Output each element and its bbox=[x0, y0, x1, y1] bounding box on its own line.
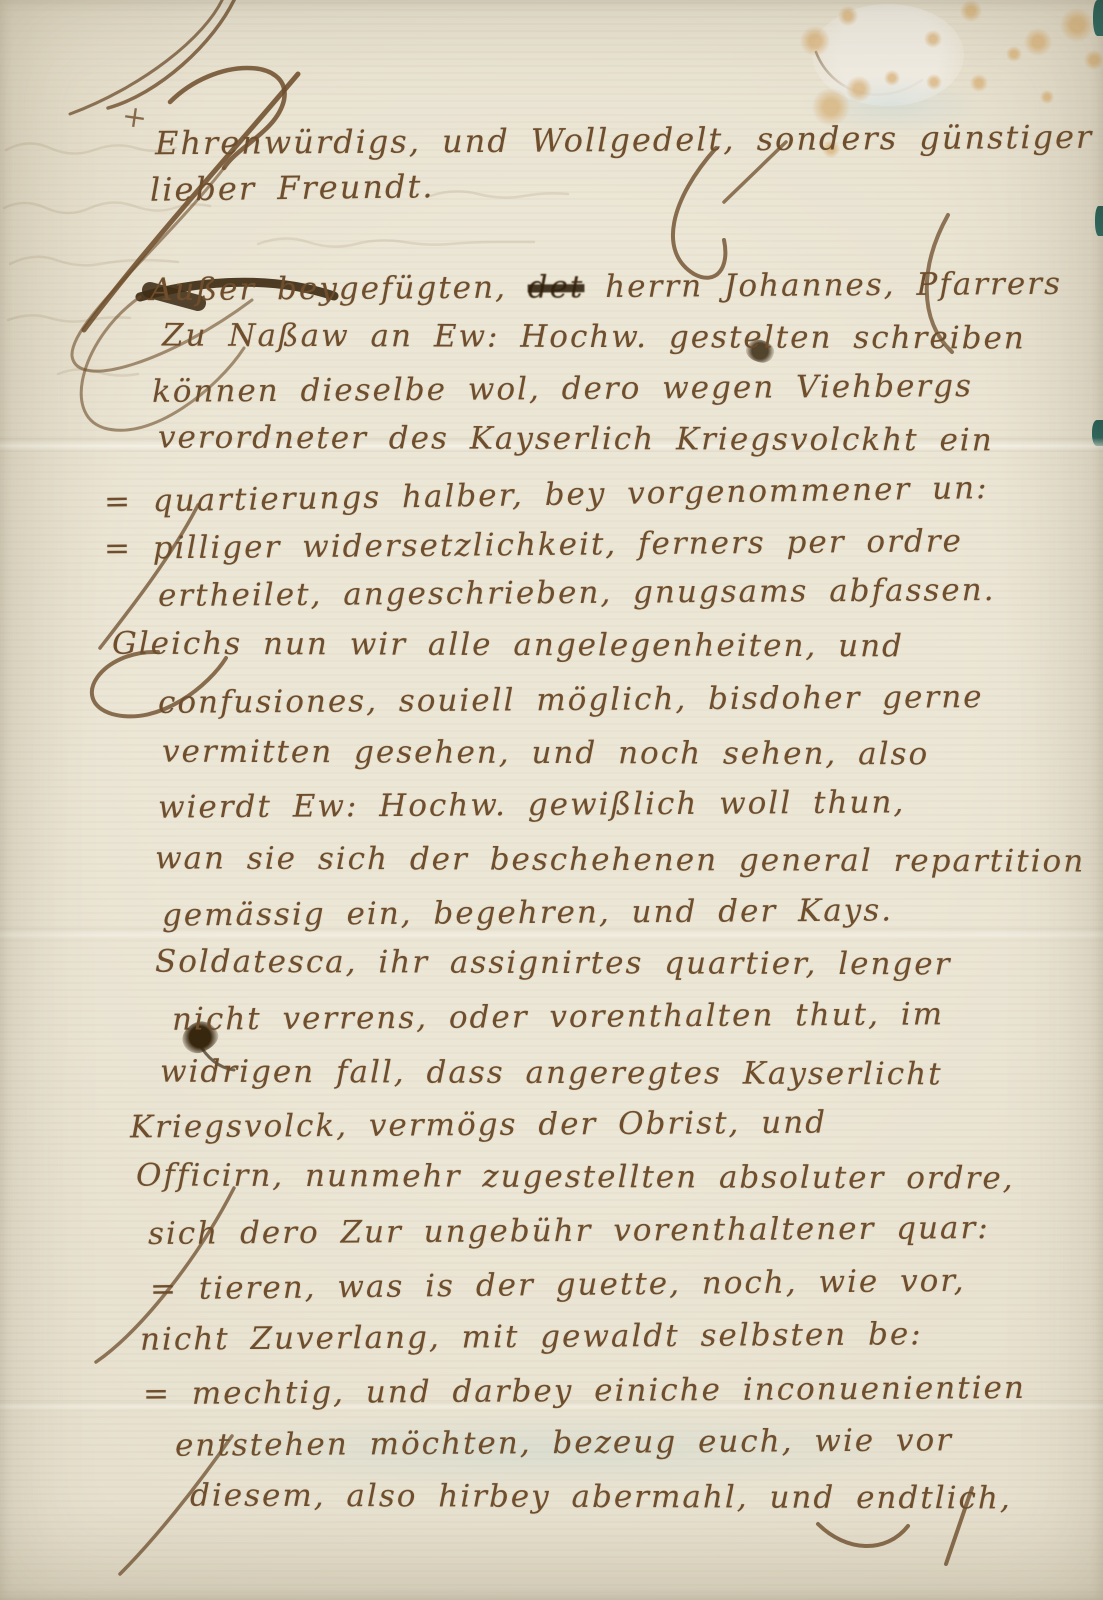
manuscript-page: + Ehrenwürdigs, und Wollgedelt, sonders … bbox=[0, 0, 1103, 1600]
foxing-stain bbox=[1040, 90, 1054, 104]
line-text: herrn Johannes, Pfarrers bbox=[584, 266, 1062, 305]
manuscript-line: = quartierungs halber, bey vorgenommener… bbox=[104, 473, 989, 518]
manuscript-line: nicht verrens, oder vorenthalten thut, i… bbox=[172, 999, 944, 1035]
cross-mark: + bbox=[120, 98, 150, 136]
manuscript-line: Kriegsvolck, vermögs der Obrist, und bbox=[130, 1108, 827, 1144]
manuscript-line: Ehrenwürdigs, und Wollgedelt, sonders gü… bbox=[155, 121, 1093, 160]
manuscript-line: Officirn, nunmehr zugestellten absoluter… bbox=[136, 1160, 1015, 1194]
manuscript-line: entstehen möchten, bezeug euch, wie vor bbox=[175, 1425, 953, 1461]
foxing-stain bbox=[1006, 46, 1022, 62]
foxing-stain bbox=[924, 30, 942, 48]
manuscript-line: Zu Naßaw an Ew: Hochw. gestelten schreib… bbox=[162, 320, 1026, 354]
manuscript-line: ertheilet, angeschrieben, gnugsams abfas… bbox=[158, 575, 996, 612]
manuscript-line: nicht Zuverlang, mit gewaldt selbsten be… bbox=[140, 1319, 923, 1355]
foxing-stain bbox=[846, 76, 872, 102]
foxing-stain bbox=[838, 6, 858, 26]
manuscript-line: vermitten gesehen, und noch sehen, also bbox=[162, 737, 929, 771]
manuscript-line: sich dero Zur ungebühr vorenthaltener qu… bbox=[148, 1213, 990, 1250]
manuscript-line: widrigen fall, dass angeregtes Kayserlic… bbox=[160, 1057, 943, 1091]
struck-word: det bbox=[528, 269, 585, 305]
manuscript-line: = tieren, was is der guette, noch, wie v… bbox=[150, 1266, 966, 1306]
manuscript-line: = mechtig, und darbey einiche inconuenie… bbox=[143, 1373, 1026, 1410]
foxing-stain bbox=[1024, 28, 1052, 56]
foxing-stain bbox=[970, 74, 988, 92]
manuscript-line: Außer beygefügten, det herrn Johannes, P… bbox=[150, 269, 1062, 306]
manuscript-line: = pilliger widersetzlichkeit, ferners pe… bbox=[104, 526, 963, 564]
foxing-stain bbox=[960, 0, 982, 22]
manuscript-line: gemässig ein, begehren, und der Kays. bbox=[162, 895, 893, 931]
foxing-stain bbox=[884, 70, 900, 86]
teal-edge-mark bbox=[1093, 0, 1103, 36]
manuscript-line: wan sie sich der beschehenen general rep… bbox=[155, 843, 1085, 877]
line-text: Außer beygefügten, bbox=[150, 270, 528, 309]
manuscript-line: verordneter des Kayserlich Kriegsvolckht… bbox=[158, 423, 994, 457]
manuscript-line: confusiones, souiell möglich, bisdoher g… bbox=[158, 682, 984, 719]
manuscript-line: lieber Freundt. bbox=[150, 170, 435, 205]
teal-edge-mark bbox=[1095, 206, 1103, 236]
manuscript-line: Gleichs nun wir alle angelegenheiten, un… bbox=[112, 629, 904, 663]
teal-edge-mark bbox=[1092, 420, 1103, 446]
manuscript-line: können dieselbe wol, dero wegen Viehberg… bbox=[152, 371, 973, 408]
manuscript-line: wierdt Ew: Hochw. gewißlich woll thun, bbox=[158, 787, 905, 823]
foxing-stain bbox=[800, 26, 830, 56]
foxing-stain bbox=[1060, 8, 1094, 42]
manuscript-line: Soldatesca, ihr assignirtes quartier, le… bbox=[155, 947, 952, 981]
foxing-stain bbox=[1084, 50, 1103, 70]
foxing-stain bbox=[926, 74, 942, 90]
manuscript-line: diesem, also hirbey abermahl, und endtli… bbox=[190, 1481, 1012, 1515]
